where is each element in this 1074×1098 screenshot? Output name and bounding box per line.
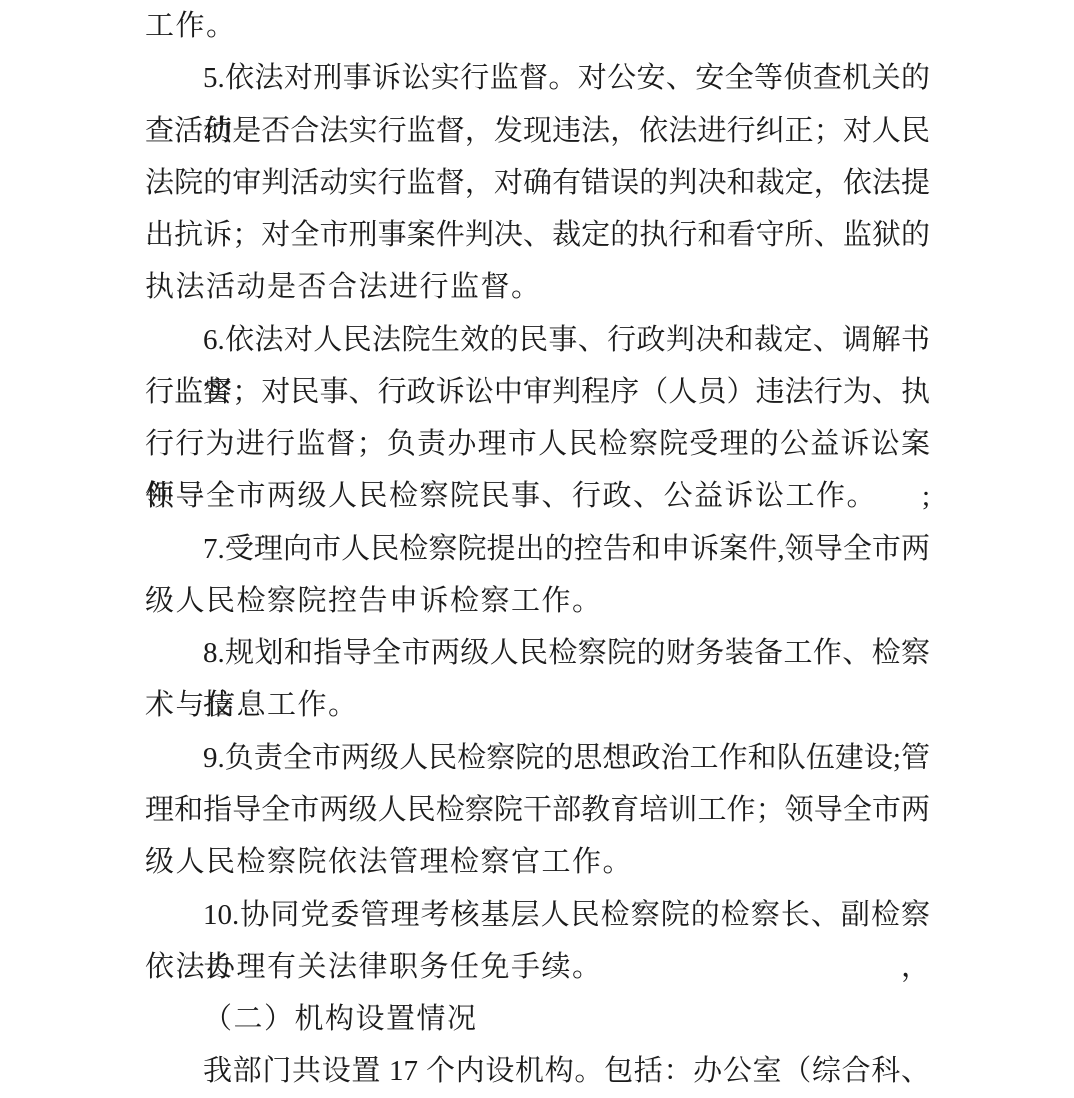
text-line: 行监督；对民事、行政诉讼中审判程序（人员）违法行为、执 <box>145 366 930 418</box>
text-line: 工作。 <box>145 0 930 52</box>
text-line: 法院的审判活动实行监督，对确有错误的判决和裁定，依法提 <box>145 157 930 209</box>
text-line: 我部门共设置 17 个内设机构。包括：办公室（综合科、秘 <box>203 1045 930 1097</box>
document-text-block: 工作。5.依法对刑事诉讼实行监督。对公安、安全等侦查机关的侦查活动是否合法实行监… <box>0 0 1074 1098</box>
document-page: 工作。5.依法对刑事诉讼实行监督。对公安、安全等侦查机关的侦查活动是否合法实行监… <box>0 0 1074 1098</box>
paragraph-5-start-line: 5.依法对刑事诉讼实行监督。对公安、安全等侦查机关的侦 <box>203 52 930 104</box>
text-line: 查活动是否合法实行监督，发现违法，依法进行纠正；对人民 <box>145 105 930 157</box>
text-line: 术与信息工作。 <box>145 679 930 731</box>
paragraph-8-start-line: 8.规划和指导全市两级人民检察院的财务装备工作、检察技 <box>203 627 930 679</box>
section-heading: （二）机构设置情况 <box>203 993 930 1045</box>
text-line: 领导全市两级人民检察院民事、行政、公益诉讼工作。 <box>145 470 930 522</box>
paragraph-7-start-line: 7.受理向市人民检察院提出的控告和申诉案件,领导全市两 <box>203 523 930 575</box>
text-line: 理和指导全市两级人民检察院干部教育培训工作；领导全市两 <box>145 784 930 836</box>
text-line: 出抗诉；对全市刑事案件判决、裁定的执行和看守所、监狱的 <box>145 209 930 261</box>
text-line: 行行为进行监督；负责办理市人民检察院受理的公益诉讼案件; <box>145 418 930 470</box>
paragraph-10-start-line: 10.协同党委管理考核基层人民检察院的检察长、副检察长， <box>203 889 930 941</box>
text-line: 级人民检察院依法管理检察官工作。 <box>145 836 930 888</box>
text-line: 级人民检察院控告申诉检察工作。 <box>145 575 930 627</box>
paragraph-9-start-line: 9.负责全市两级人民检察院的思想政治工作和队伍建设;管 <box>203 732 930 784</box>
paragraph-6-start-line: 6.依法对人民法院生效的民事、行政判决和裁定、调解书实 <box>203 314 930 366</box>
text-line: 执法活动是否合法进行监督。 <box>145 261 930 313</box>
